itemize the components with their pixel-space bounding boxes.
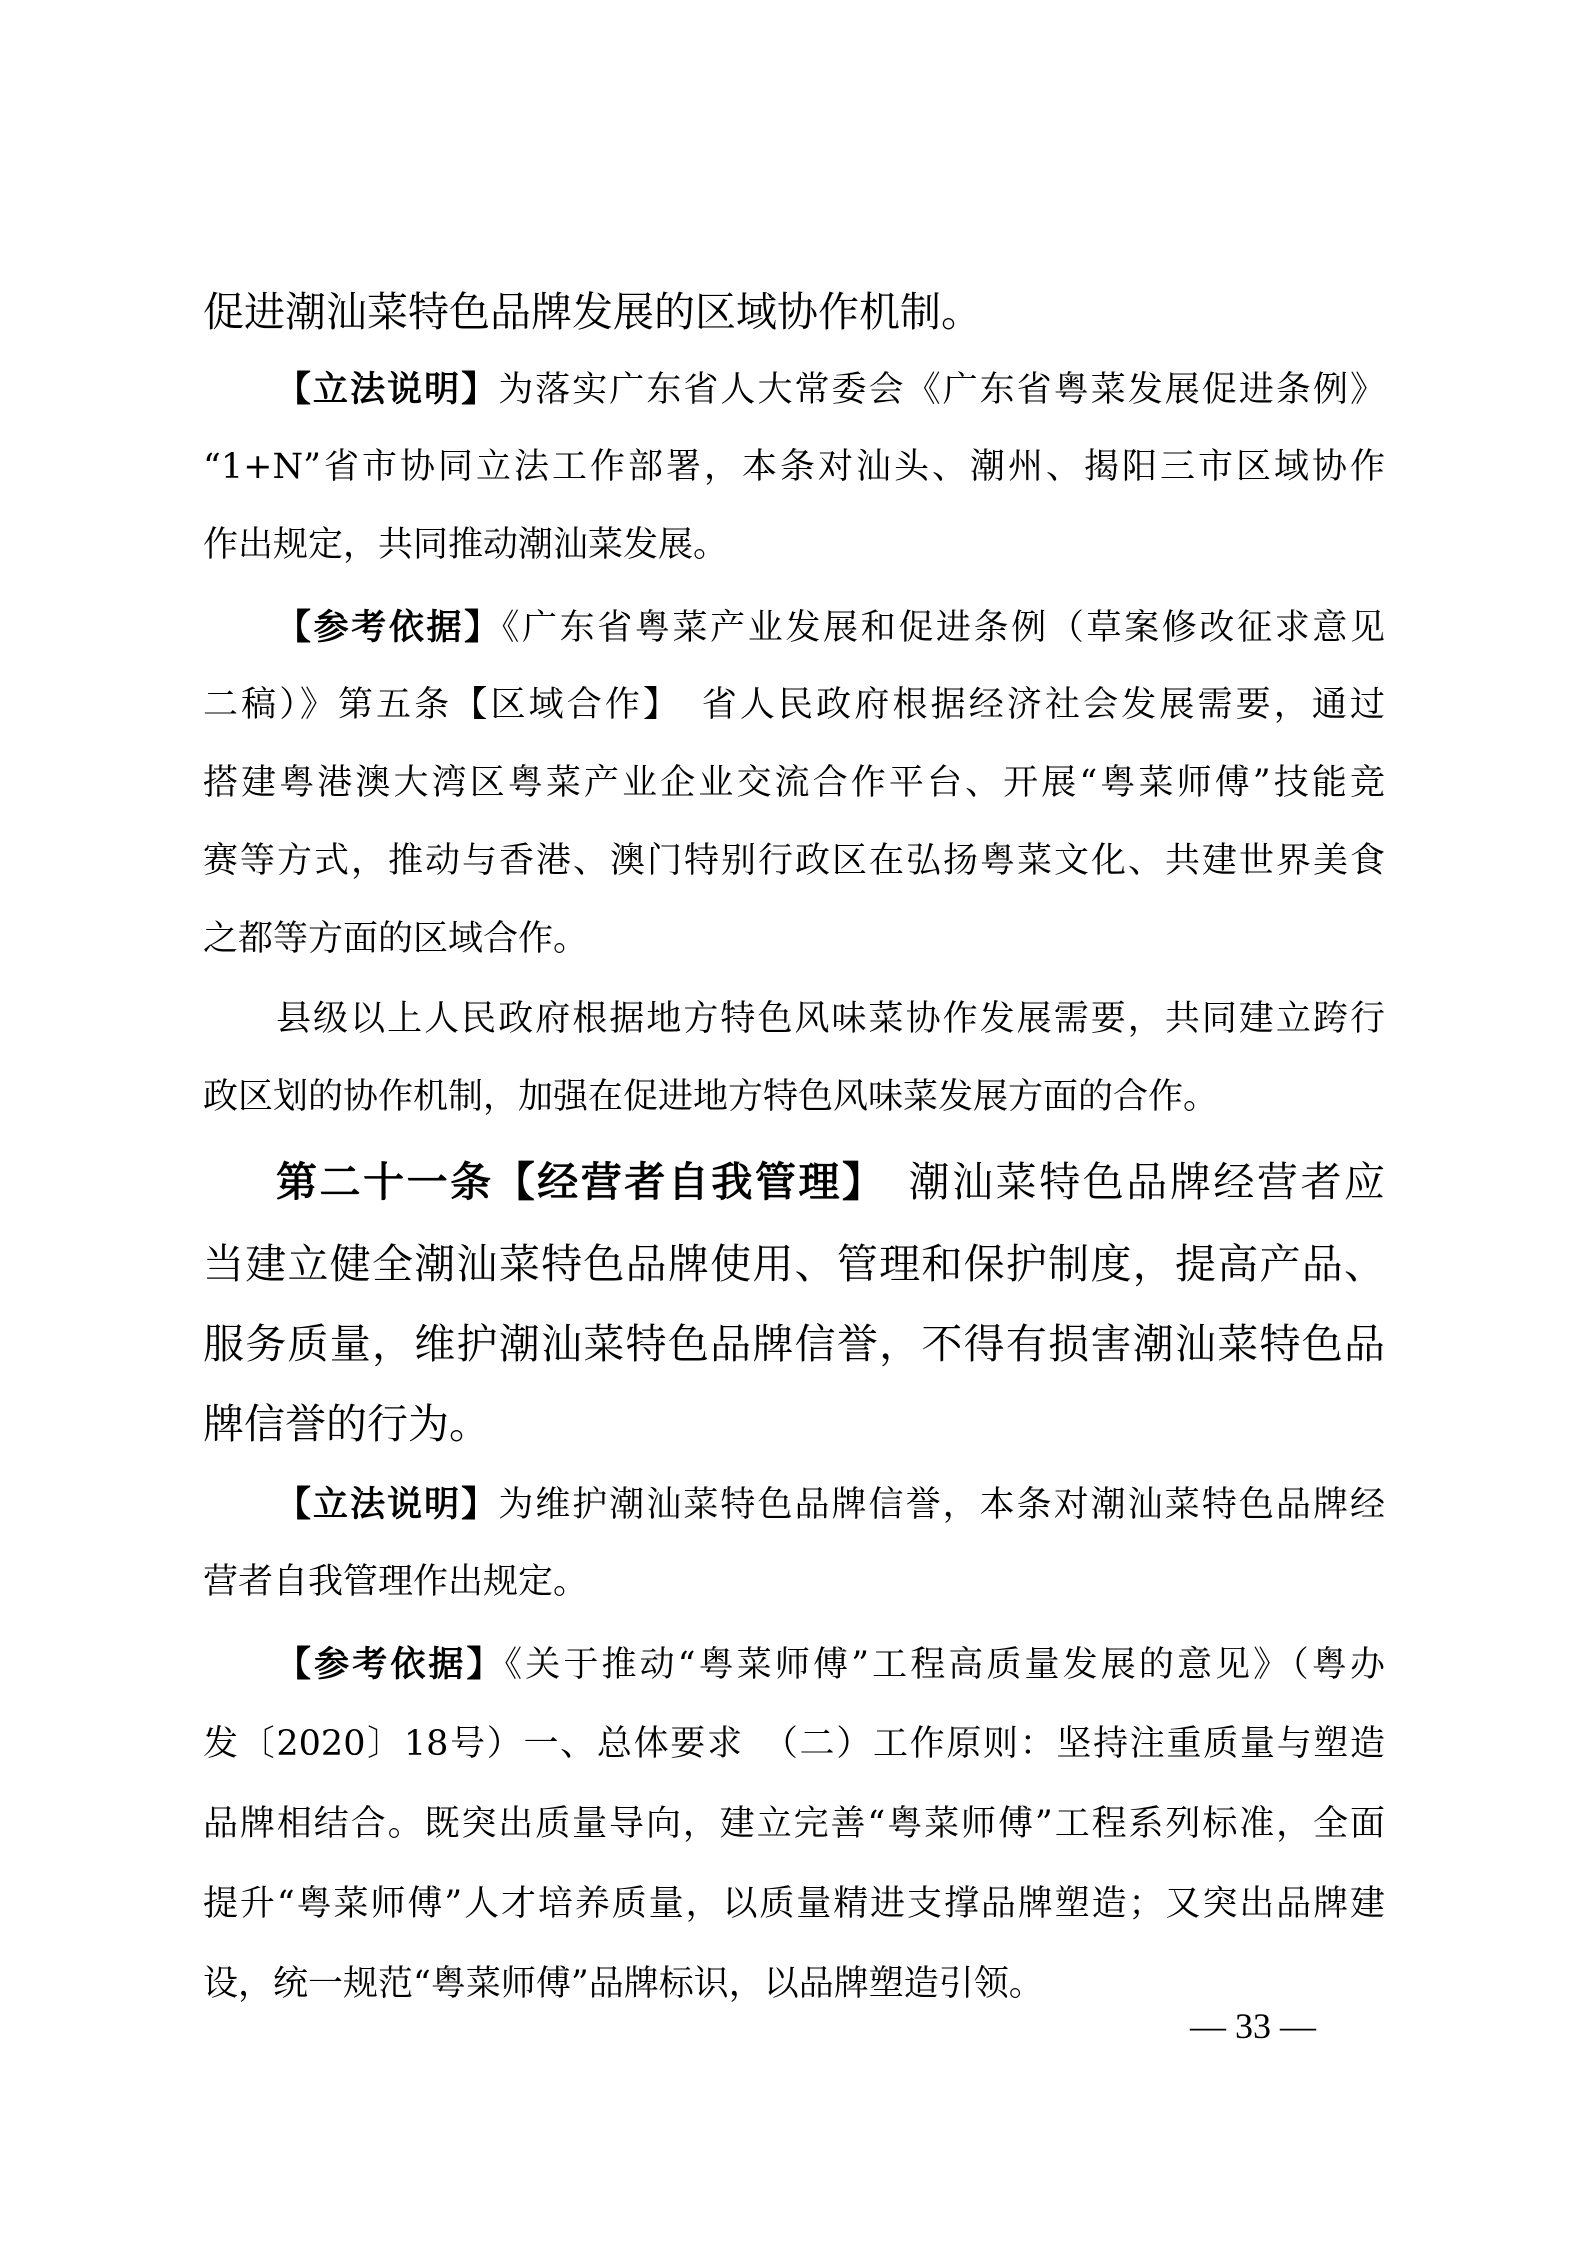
reference-basis-1-line-3: 搭建粤港澳大湾区粤菜产业企业交流合作平台、开展“粤菜师傅”技能竞 bbox=[203, 766, 1385, 801]
body-text: 提升“粤菜师傅”人才培养质量，以质量精进支撑品牌塑造；又突出品牌建 bbox=[203, 1884, 1385, 1924]
body-text: 设，统一规范“粤菜师傅”品牌标识，以品牌塑造引领。 bbox=[203, 1964, 1044, 2004]
body-text: 当建立健全潮汕菜特色品牌使用、管理和保护制度，提高产品、 bbox=[203, 1240, 1385, 1288]
body-text: 《广东省粤菜产业发展和促进条例（草案修改征求意见 bbox=[502, 608, 1385, 648]
body-text: 之都等方面的区域合作。 bbox=[203, 919, 588, 959]
reference-basis-1-line-4: 赛等方式，推动与香港、澳门特别行政区在弘扬粤菜文化、共建世界美食 bbox=[203, 844, 1385, 879]
body-text: 为落实广东省人大常委会《广东省粤菜发展促进条例》 bbox=[498, 370, 1385, 410]
reference-basis-2-line-5: 设，统一规范“粤菜师傅”品牌标识，以品牌塑造引领。 bbox=[203, 1967, 1385, 2002]
legislative-explanation-1: 【立法说明】为落实广东省人大常委会《广东省粤菜发展促进条例》 bbox=[276, 372, 1385, 408]
body-text: 发〔2020〕18号）一、总体要求 （二）工作原则：坚持注重质量与塑造 bbox=[203, 1724, 1385, 1764]
reference-basis-2: 【参考依据】《关于推动“粤菜师傅”工程高质量发展的意见》（粤办 bbox=[276, 1647, 1385, 1683]
body-text: 牌信誉的行为。 bbox=[203, 1400, 490, 1448]
body-text: 潮汕菜特色品牌经营者应 bbox=[865, 1158, 1385, 1206]
body-text: 品牌相结合。既突出质量导向，建立完善“粤菜师傅”工程系列标准，全面 bbox=[203, 1804, 1385, 1844]
legislative-explanation-2-line-2: 营者自我管理作出规定。 bbox=[203, 1565, 1385, 1600]
body-text: 《关于推动“粤菜师傅”工程高质量发展的意见》（粤办 bbox=[505, 1645, 1385, 1685]
body-text: 作出规定，共同推动潮汕菜发展。 bbox=[203, 525, 728, 565]
legislative-explanation-1-line-3: 作出规定，共同推动潮汕菜发展。 bbox=[203, 528, 1385, 563]
body-text: 二稿）》第五条【区域合作】 省人民政府根据经济社会发展需要，通过 bbox=[203, 685, 1385, 725]
reference-basis-tag: 【参考依据】 bbox=[276, 607, 502, 648]
body-text: 政区划的协作机制，加强在促进地方特色风味菜发展方面的合作。 bbox=[203, 1077, 1218, 1117]
body-text: 县级以上人民政府根据地方特色风味菜协作发展需要，共同建立跨行 bbox=[276, 999, 1385, 1039]
reference-basis-2-line-4: 提升“粤菜师傅”人才培养质量，以质量精进支撑品牌塑造；又突出品牌建 bbox=[203, 1887, 1385, 1922]
reference-basis-1-paragraph-2: 县级以上人民政府根据地方特色风味菜协作发展需要，共同建立跨行 bbox=[276, 1002, 1385, 1037]
article-21-line-2: 当建立健全潮汕菜特色品牌使用、管理和保护制度，提高产品、 bbox=[203, 1244, 1385, 1285]
body-text: 促进潮汕菜特色品牌发展的区域协作机制。 bbox=[203, 288, 982, 336]
body-text: 服务质量，维护潮汕菜特色品牌信誉，不得有损害潮汕菜特色品 bbox=[203, 1320, 1385, 1368]
article-21: 第二十一条【经营者自我管理】 潮汕菜特色品牌经营者应 bbox=[276, 1162, 1385, 1203]
article-21-line-3: 服务质量，维护潮汕菜特色品牌信誉，不得有损害潮汕菜特色品 bbox=[203, 1324, 1385, 1365]
body-text: 搭建粤港澳大湾区粤菜产业企业交流合作平台、开展“粤菜师傅”技能竞 bbox=[203, 763, 1385, 803]
reference-basis-1-line-5: 之都等方面的区域合作。 bbox=[203, 922, 1385, 957]
reference-basis-tag: 【参考依据】 bbox=[276, 1644, 505, 1685]
page-number: — 33 — bbox=[1190, 2008, 1316, 2044]
document-page: 促进潮汕菜特色品牌发展的区域协作机制。 【立法说明】为落实广东省人大常委会《广东… bbox=[0, 0, 1587, 2245]
legislative-explanation-tag: 【立法说明】 bbox=[276, 369, 498, 410]
article-20-continuation: 促进潮汕菜特色品牌发展的区域协作机制。 bbox=[203, 292, 1385, 333]
reference-basis-1: 【参考依据】《广东省粤菜产业发展和促进条例（草案修改征求意见 bbox=[276, 610, 1385, 646]
article-21-line-4: 牌信誉的行为。 bbox=[203, 1404, 1385, 1445]
article-21-heading: 第二十一条【经营者自我管理】 bbox=[276, 1158, 865, 1206]
body-text: “1+N”省市协同立法工作部署，本条对汕头、潮州、揭阳三市区域协作 bbox=[203, 447, 1385, 487]
reference-basis-1-paragraph-2-line-2: 政区划的协作机制，加强在促进地方特色风味菜发展方面的合作。 bbox=[203, 1080, 1385, 1115]
body-text: 赛等方式，推动与香港、澳门特别行政区在弘扬粤菜文化、共建世界美食 bbox=[203, 841, 1385, 881]
legislative-explanation-1-line-2: “1+N”省市协同立法工作部署，本条对汕头、潮州、揭阳三市区域协作 bbox=[203, 450, 1385, 485]
reference-basis-1-line-2: 二稿）》第五条【区域合作】 省人民政府根据经济社会发展需要，通过 bbox=[203, 688, 1385, 723]
reference-basis-2-line-2: 发〔2020〕18号）一、总体要求 （二）工作原则：坚持注重质量与塑造 bbox=[203, 1727, 1385, 1762]
legislative-explanation-tag: 【立法说明】 bbox=[276, 1484, 498, 1525]
reference-basis-2-line-3: 品牌相结合。既突出质量导向，建立完善“粤菜师傅”工程系列标准，全面 bbox=[203, 1807, 1385, 1842]
body-text: 营者自我管理作出规定。 bbox=[203, 1562, 588, 1602]
legislative-explanation-2: 【立法说明】为维护潮汕菜特色品牌信誉，本条对潮汕菜特色品牌经 bbox=[276, 1487, 1385, 1523]
body-text: 为维护潮汕菜特色品牌信誉，本条对潮汕菜特色品牌经 bbox=[498, 1485, 1385, 1525]
